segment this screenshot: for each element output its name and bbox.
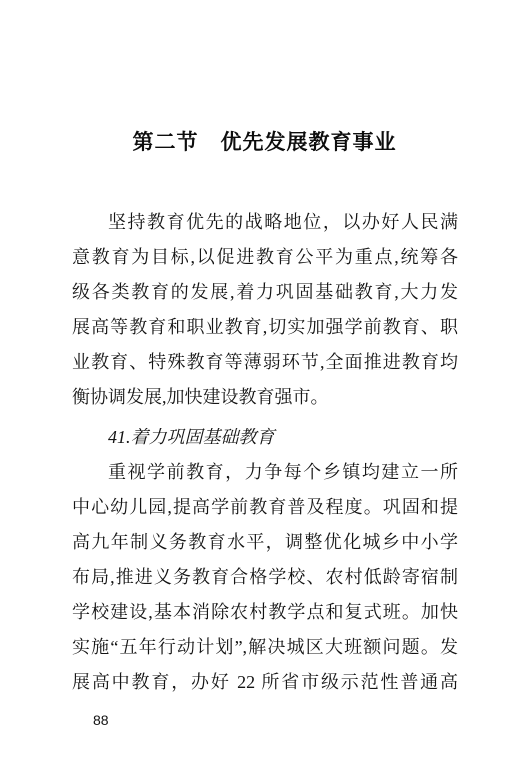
- section-title: 第二节 优先发展教育事业: [0, 126, 529, 156]
- text-line: 高九年制义务教育水平，调整优化城乡中小学: [72, 525, 458, 560]
- text-column: 坚持教育优先的战略地位，以办好人民满 意教育为目标,以促进教育公平为重点,统筹各…: [72, 205, 458, 700]
- text-line: 中心幼儿园,提高学前教育普及程度。巩固和提: [72, 490, 458, 525]
- text-line: 意教育为目标,以促进教育公平为重点,统筹各: [72, 240, 458, 275]
- text-line: 级各类教育的发展,着力巩固基础教育,大力发: [72, 275, 458, 310]
- text-line: 学校建设,基本消除农村教学点和复式班。加快: [72, 595, 458, 630]
- page-number: 88: [93, 712, 109, 728]
- text-line: 展高中教育，办好 22 所省市级示范性普通高: [72, 665, 458, 700]
- paragraph-2: 重视学前教育，力争每个乡镇均建立一所 中心幼儿园,提高学前教育普及程度。巩固和提…: [72, 455, 458, 700]
- text-line: 重视学前教育，力争每个乡镇均建立一所: [72, 455, 458, 490]
- sub-heading-41: 41.着力巩固基础教育: [72, 420, 458, 455]
- book-page: 第二节 优先发展教育事业 坚持教育优先的战略地位，以办好人民满 意教育为目标,以…: [0, 0, 529, 774]
- text-line: 实施“五年行动计划”,解决城区大班额问题。发: [72, 630, 458, 665]
- text-line: 坚持教育优先的战略地位，以办好人民满: [72, 205, 458, 240]
- paragraph-1: 坚持教育优先的战略地位，以办好人民满 意教育为目标,以促进教育公平为重点,统筹各…: [72, 205, 458, 415]
- text-line: 衡协调发展,加快建设教育强市。: [72, 380, 458, 415]
- text-line: 布局,推进义务教育合格学校、农村低龄寄宿制: [72, 560, 458, 595]
- text-line: 业教育、特殊教育等薄弱环节,全面推进教育均: [72, 345, 458, 380]
- text-line: 展高等教育和职业教育,切实加强学前教育、职: [72, 310, 458, 345]
